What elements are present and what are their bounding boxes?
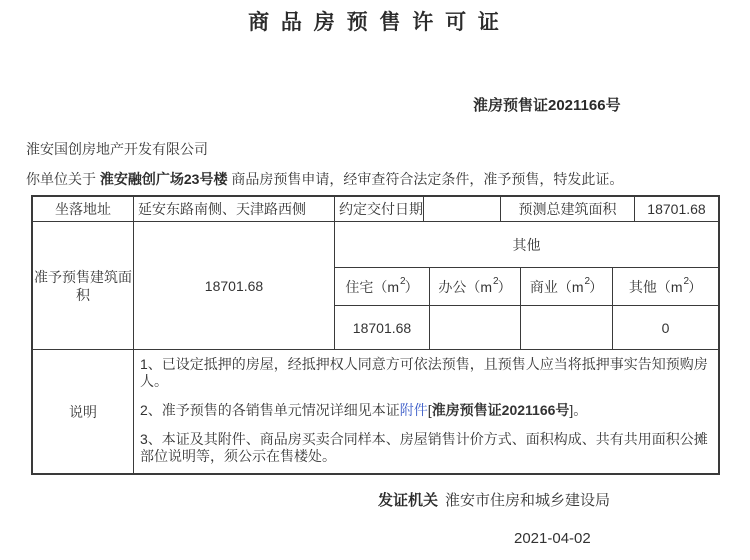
- approved-area-label-cell: 准予预售建筑面积: [33, 222, 134, 350]
- page-title: 商 品 房 预 售 许 可 证: [0, 6, 750, 36]
- intro-pre: 你单位关于: [26, 171, 100, 187]
- area-value-office: [430, 306, 521, 350]
- note-item-1: 1、已设定抵押的房屋，经抵押权人同意方可依法预售，且预售人应当将抵押事实告知预购…: [140, 356, 710, 390]
- area-col-header-commercial: 商业（m2）: [521, 268, 613, 306]
- col-header-text: 住宅（m: [345, 278, 399, 296]
- col-header-text: ）: [405, 278, 419, 296]
- note-item-3: 3、本证及其附件、商品房买卖合同样本、房屋销售计价方式、面积构成、共有共用面积公…: [140, 431, 710, 465]
- superscript-2: 2: [684, 273, 690, 291]
- predicted-area-value-cell: 18701.68: [635, 197, 718, 222]
- area-col-header-other: 其他（m2）: [613, 268, 718, 306]
- issuer-label: 发证机关: [378, 492, 438, 509]
- area-col-header-residential: 住宅（m2）: [335, 268, 430, 306]
- company-name: 淮安国创房地产开发有限公司: [26, 139, 208, 159]
- col-header-text: 商业（m: [530, 278, 584, 296]
- intro-line: 你单位关于 淮安融创广场23号楼 商品房预售申请，经审查符合法定条件，准予预售，…: [26, 169, 623, 189]
- bracket-close: ]。: [569, 402, 587, 418]
- address-value-cell: 延安东路南侧、天津路西侧: [134, 197, 335, 222]
- area-col-header-office: 办公（m2）: [430, 268, 521, 306]
- superscript-2: 2: [400, 273, 406, 291]
- note-2-cert-no: 淮房预售证2021166号: [432, 402, 570, 418]
- issuer-line: 发证机关淮安市住房和城乡建设局: [378, 489, 610, 510]
- delivery-date-label-cell: 约定交付日期: [335, 197, 424, 222]
- delivery-date-value-cell: [424, 197, 501, 222]
- permit-table: 坐落地址 延安东路南侧、天津路西侧 约定交付日期 预测总建筑面积 18701.6…: [31, 195, 720, 475]
- col-header-text: 办公（m: [438, 278, 492, 296]
- superscript-2: 2: [585, 273, 591, 291]
- area-value-other: 0: [613, 306, 718, 350]
- approved-area-total-cell: 18701.68: [134, 222, 335, 350]
- attachment-link[interactable]: 附件: [400, 402, 428, 418]
- address-label-cell: 坐落地址: [33, 197, 134, 222]
- issuer-value: 淮安市住房和城乡建设局: [445, 492, 610, 509]
- superscript-2: 2: [493, 273, 499, 291]
- area-value-commercial: [521, 306, 613, 350]
- col-header-text: 其他（m: [629, 278, 683, 296]
- note-item-2: 2、准予预售的各销售单元情况详细见本证附件[淮房预售证2021166号]。: [140, 402, 710, 419]
- area-value-residential: 18701.68: [335, 306, 430, 350]
- cert-number: 淮房预售证2021166号: [473, 94, 621, 115]
- notes-label-cell: 说明: [33, 350, 134, 473]
- predicted-area-label-cell: 预测总建筑面积: [501, 197, 635, 222]
- col-header-text: ）: [498, 278, 512, 296]
- col-header-text: ）: [589, 278, 603, 296]
- area-group-header-cell: 其他: [335, 222, 718, 268]
- note-2-text: 2、准予预售的各销售单元情况详细见本证: [140, 402, 400, 418]
- project-name: 淮安融创广场23号楼: [100, 171, 228, 187]
- col-header-text: ）: [688, 278, 702, 296]
- notes-content: 1、已设定抵押的房屋，经抵押权人同意方可依法预售，且预售人应当将抵押事实告知预购…: [134, 350, 718, 473]
- intro-post: 商品房预售申请，经审查符合法定条件，准予预售，特发此证。: [227, 171, 623, 187]
- issue-date: 2021-04-02: [514, 530, 591, 547]
